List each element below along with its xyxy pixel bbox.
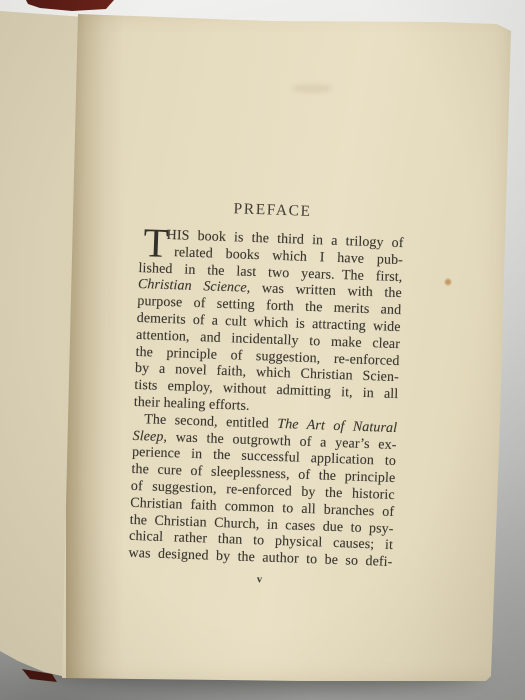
book-page: PREFACE T HIS book is the third in a tri… — [0, 0, 525, 700]
page-content: PREFACE T HIS book is the third in a tri… — [128, 197, 405, 590]
paper-smudge — [292, 84, 332, 93]
book-title-italic: The Art of Natural — [277, 417, 397, 436]
preface-text: HIS book is the third in a trilogy ofrel… — [128, 227, 404, 572]
foxing-spot — [444, 278, 452, 286]
text-segment: their healing efforts. — [134, 395, 250, 414]
book-title-italic: Christian Science — [138, 277, 247, 296]
book-photo: PREFACE T HIS book is the third in a tri… — [0, 0, 525, 700]
book-title-italic: Sleep — [132, 428, 163, 444]
preface-heading: PREFACE — [140, 197, 404, 224]
page-number: v — [128, 570, 392, 590]
drop-cap: T — [143, 222, 169, 264]
